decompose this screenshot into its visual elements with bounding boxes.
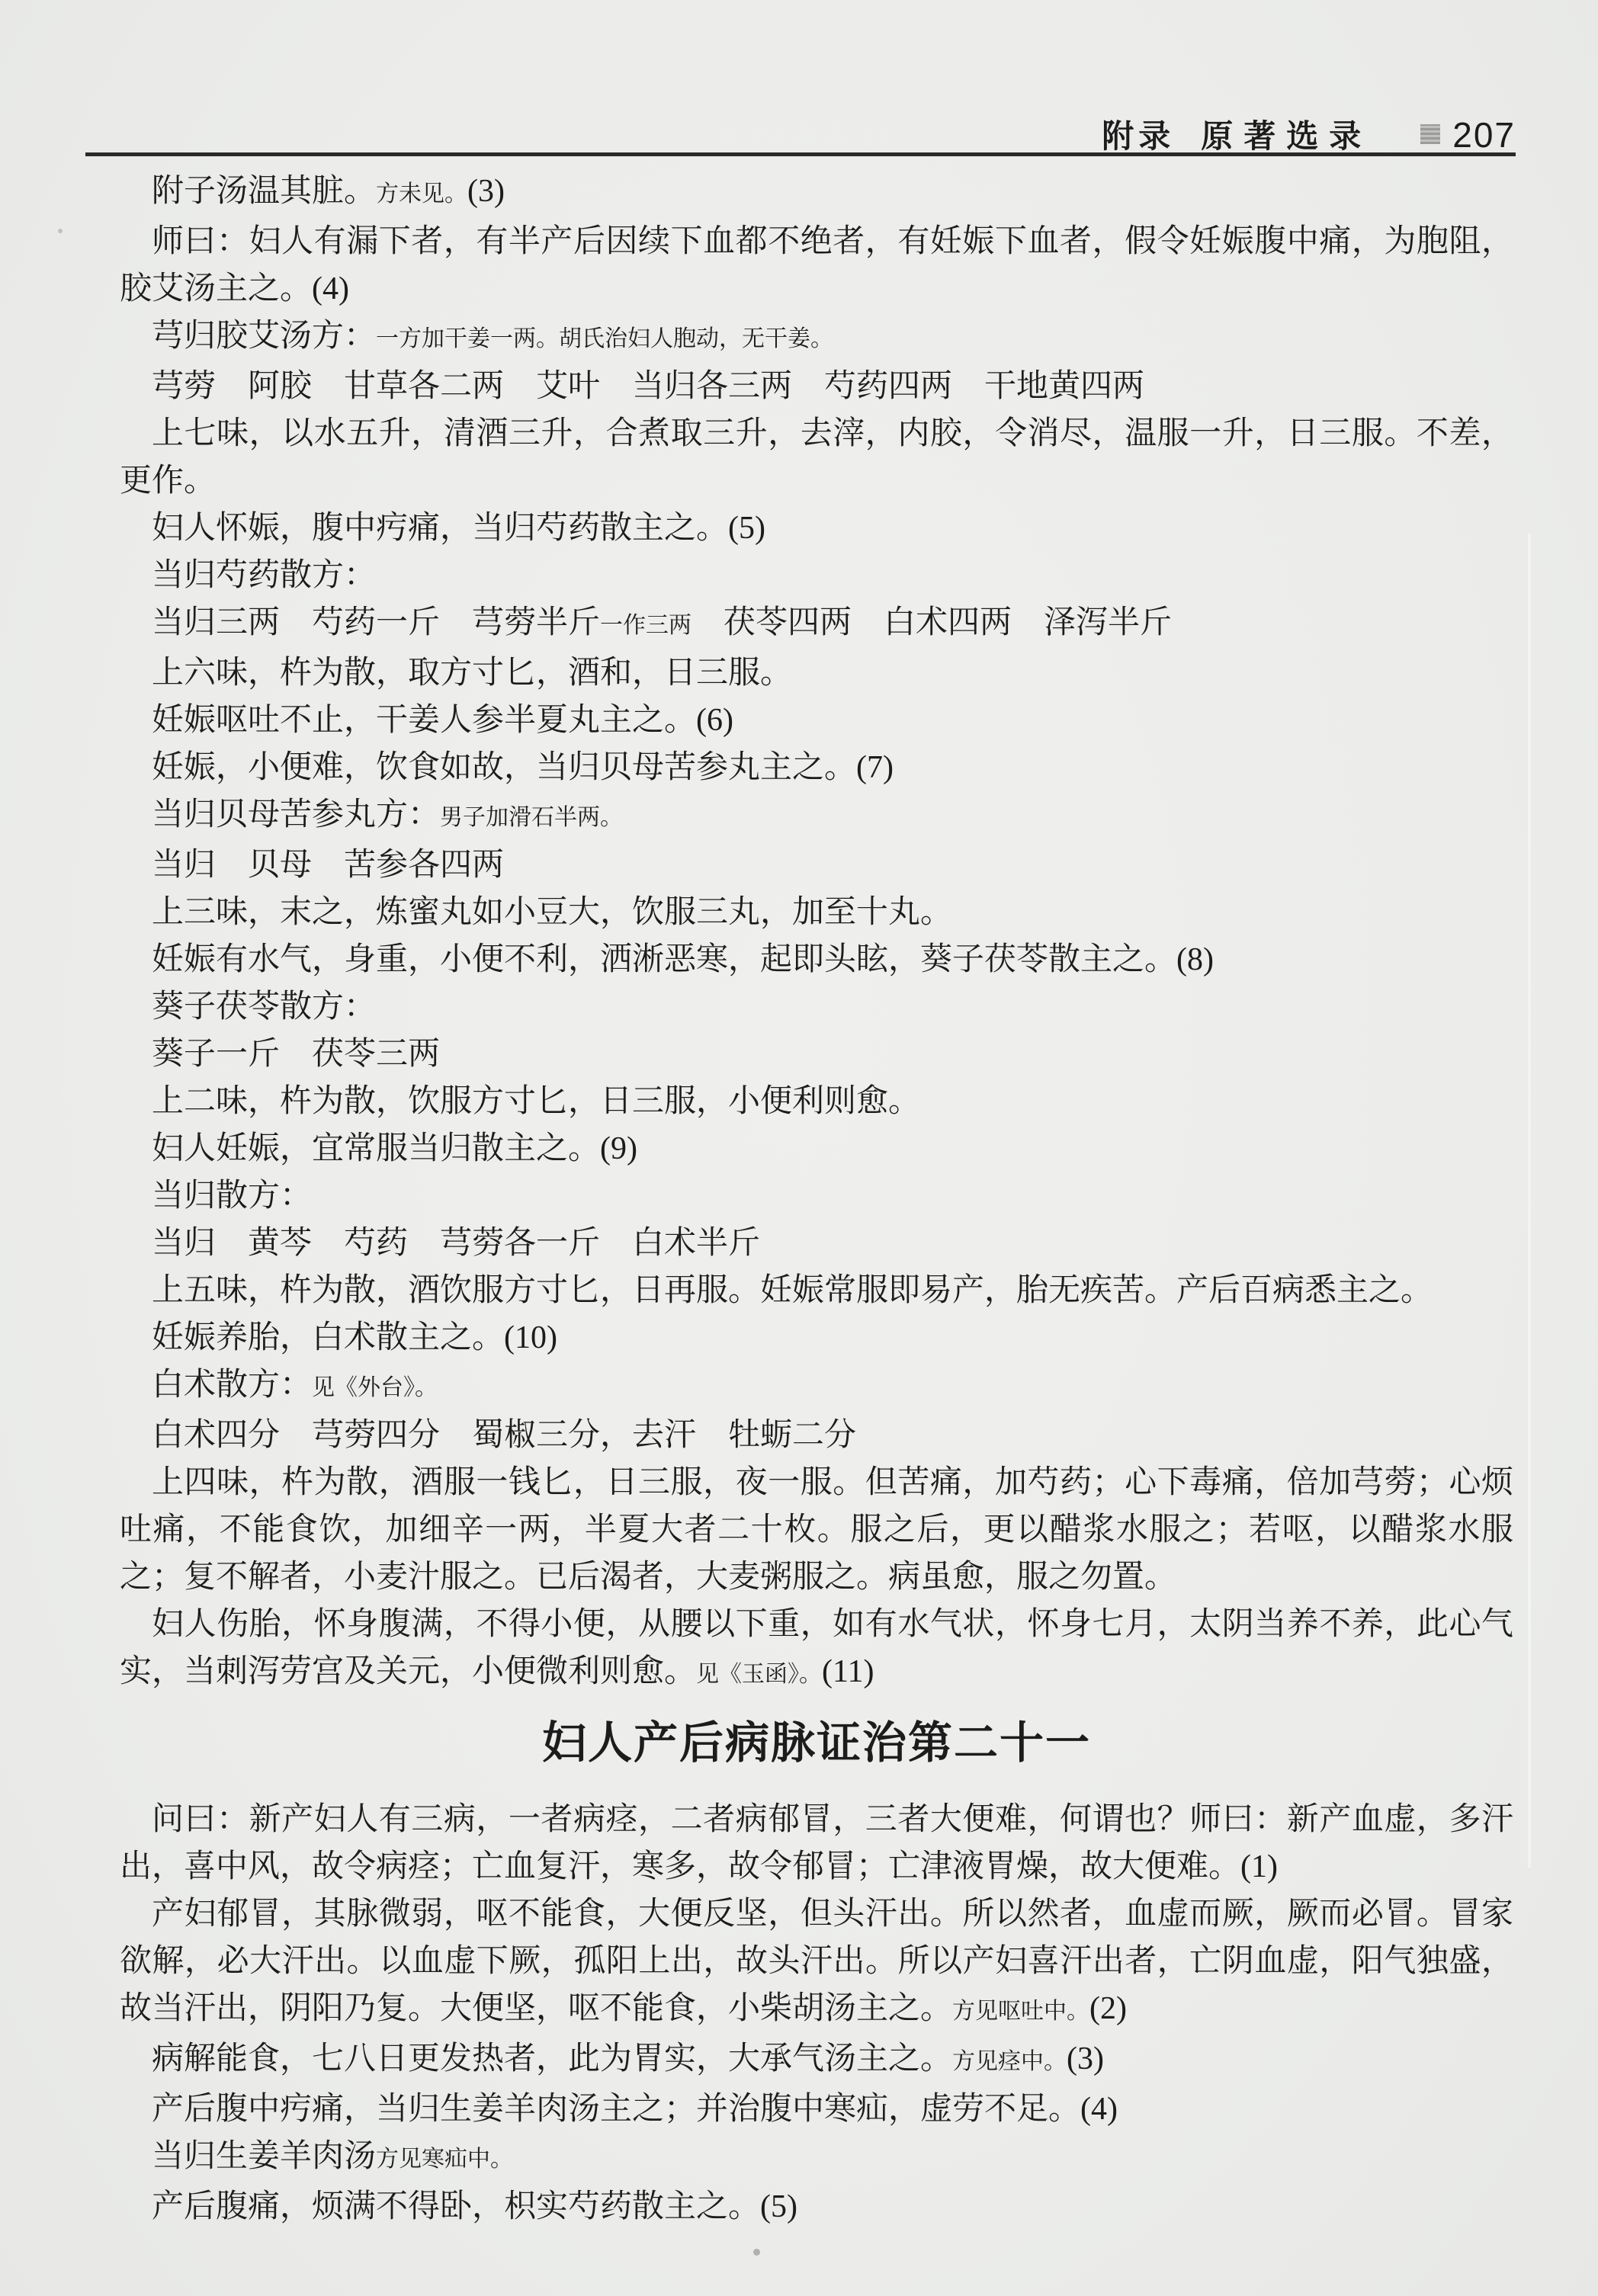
text-run: (11) (822, 1654, 874, 1689)
text-paragraph: 白术四分 芎䓖四分 蜀椒三分，去汗 牡蛎二分 (120, 1412, 1513, 1459)
text-paragraph: 上四味，杵为散，酒服一钱匕，日三服，夜一服。但苦痛，加芍药；心下毒痛，倍加芎䓖；… (120, 1459, 1513, 1601)
text-run: 当归 黄芩 芍药 芎䓖各一斤 白术半斤 (152, 1226, 760, 1261)
text-run: 当归三两 芍药一斤 芎䓖半斤 (152, 605, 600, 640)
text-paragraph: 芎归胶艾汤方：一方加干姜一两。胡氏治妇人胞动，无干姜。 (120, 313, 1513, 363)
text-run: 产妇郁冒，其脉微弱，呕不能食，大便反坚，但头汗出。所以然者，血虚而厥，厥而必冒。… (120, 1897, 1513, 2026)
text-paragraph: 妇人妊娠，宜常服当归散主之。(9) (120, 1125, 1513, 1172)
text-paragraph: 当归芍药散方： (120, 552, 1513, 599)
text-run: 芎归胶艾汤方： (152, 319, 376, 354)
text-run: 葵子一斤 茯苓三两 (152, 1037, 440, 1072)
running-head-section-label: 附录 (1102, 111, 1175, 157)
text-paragraph: 上六味，杵为散，取方寸匕，酒和，日三服。 (120, 649, 1513, 697)
text-paragraph: 妊娠有水气，身重，小便不利，洒淅恶寒，起即头眩，葵子茯苓散主之。(8) (120, 936, 1513, 983)
text-run: 上三味，末之，炼蜜丸如小豆大，饮服三丸，加至十丸。 (152, 895, 952, 930)
text-run: 上七味，以水五升，清酒三升，合煮取三升，去滓，内胶，令消尽，温服一升，日三服。不… (120, 416, 1513, 499)
text-run: 产后腹中㽲痛，当归生姜羊肉汤主之；并治腹中寒疝，虚劳不足。(4) (152, 2092, 1118, 2127)
text-paragraph: 芎䓖 阿胶 甘草各二两 艾叶 当归各三两 芍药四两 干地黄四两 (120, 363, 1513, 410)
text-run: 当归生姜羊肉汤 (152, 2139, 376, 2174)
text-paragraph: 白术散方：见《外台》。 (120, 1361, 1513, 1412)
text-run: 妊娠养胎，白术散主之。(10) (152, 1320, 557, 1355)
text-paragraph: 妇人伤胎，怀身腹满，不得小便，从腰以下重，如有水气状，怀身七月，太阴当养不养，此… (120, 1601, 1513, 1698)
annotation-run: 方见寒疝中。 (376, 2147, 513, 2172)
text-run: 当归芍药散方： (152, 558, 376, 593)
running-head-title: 原著选录 (1201, 111, 1372, 157)
annotation-run: 见《外台》。 (312, 1375, 438, 1400)
text-paragraph: 上五味，杵为散，酒饮服方寸匕，日再服。妊娠常服即易产，胎无疾苦。产后百病悉主之。 (120, 1267, 1513, 1314)
text-paragraph: 当归贝母苦参丸方：男子加滑石半两。 (120, 791, 1513, 842)
section-heading: 妇人产后病脉证治第二十一 (120, 1718, 1513, 1768)
text-run: 上四味，杵为散，酒服一钱匕，日三服，夜一服。但苦痛，加芍药；心下毒痛，倍加芎䓖；… (120, 1465, 1513, 1595)
text-paragraph: 附子汤温其脏。方未见。(3) (120, 168, 1513, 218)
text-run: 当归散方： (152, 1178, 312, 1214)
annotation-run: 方见痉中。 (952, 2049, 1067, 2074)
text-run: 妊娠，小便难，饮食如故，当归贝母苦参丸主之。(7) (152, 750, 894, 785)
text-paragraph: 妊娠，小便难，饮食如故，当归贝母苦参丸主之。(7) (120, 744, 1513, 791)
annotation-run: 一作三两 (600, 613, 692, 638)
square-bullet-icon (1420, 124, 1440, 144)
text-run: 妇人产后病脉证治第二十一 (542, 1718, 1091, 1768)
text-paragraph: 上七味，以水五升，清酒三升，合煮取三升，去滓，内胶，令消尽，温服一升，日三服。不… (120, 410, 1513, 505)
annotation-run: 方未见。 (376, 181, 467, 207)
text-run: 上六味，杵为散，取方寸匕，酒和，日三服。 (152, 656, 792, 691)
text-paragraph: 问曰：新产妇人有三病，一者病痉，二者病郁冒，三者大便难，何谓也？师曰：新产血虚，… (120, 1796, 1513, 1890)
text-paragraph: 葵子茯苓散方： (120, 983, 1513, 1031)
text-run: 产后腹痛，烦满不得卧，枳实芍药散主之。(5) (152, 2189, 797, 2224)
text-paragraph: 妇人怀娠，腹中㽲痛，当归芍药散主之。(5) (120, 505, 1513, 552)
text-run: 妇人怀娠，腹中㽲痛，当归芍药散主之。(5) (152, 511, 765, 546)
text-run: 上五味，杵为散，酒饮服方寸匕，日再服。妊娠常服即易产，胎无疾苦。产后百病悉主之。 (152, 1273, 1433, 1308)
text-run: (2) (1089, 1991, 1127, 2026)
text-paragraph: 妊娠养胎，白术散主之。(10) (120, 1314, 1513, 1361)
page-number: 207 (1452, 114, 1516, 156)
annotation-run: 男子加滑石半两。 (440, 805, 623, 830)
text-run: 上二味，杵为散，饮服方寸匕，日三服，小便利则愈。 (152, 1084, 920, 1119)
scan-artifact-streak (1528, 534, 1531, 1868)
annotation-run: 见《玉函》。 (696, 1662, 822, 1687)
text-paragraph: 病解能食，七八日更发热者，此为胃实，大承气汤主之。方见痉中。(3) (120, 2035, 1513, 2086)
body-paragraphs: 附子汤温其脏。方未见。(3)师曰：妇人有漏下者，有半产后因续下血都不绝者，有妊娠… (120, 168, 1513, 2230)
text-paragraph: 当归散方： (120, 1172, 1513, 1220)
text-paragraph: 产后腹痛，烦满不得卧，枳实芍药散主之。(5) (120, 2183, 1513, 2230)
text-paragraph: 葵子一斤 茯苓三两 (120, 1031, 1513, 1078)
text-paragraph: 当归三两 芍药一斤 芎䓖半斤一作三两 茯苓四两 白术四两 泽泻半斤 (120, 599, 1513, 649)
text-run: 当归贝母苦参丸方： (152, 797, 440, 832)
annotation-run: 一方加干姜一两。胡氏治妇人胞动，无干姜。 (376, 326, 833, 351)
text-paragraph: 当归生姜羊肉汤方见寒疝中。 (120, 2133, 1513, 2183)
text-run: 当归 贝母 苦参各四两 (152, 848, 504, 883)
text-paragraph: 上三味，末之，炼蜜丸如小豆大，饮服三丸，加至十丸。 (120, 889, 1513, 936)
text-paragraph: 师曰：妇人有漏下者，有半产后因续下血都不绝者，有妊娠下血者，假令妊娠腹中痛，为胞… (120, 218, 1513, 313)
text-run: 白术四分 芎䓖四分 蜀椒三分，去汗 牡蛎二分 (152, 1418, 856, 1453)
scan-artifact-speck (58, 229, 63, 233)
text-run: 问曰：新产妇人有三病，一者病痉，二者病郁冒，三者大便难，何谓也？师曰：新产血虚，… (120, 1802, 1513, 1884)
text-run: 附子汤温其脏。 (152, 174, 376, 209)
text-paragraph: 当归 贝母 苦参各四两 (120, 842, 1513, 889)
text-run: (3) (467, 174, 505, 209)
text-run: 芎䓖 阿胶 甘草各二两 艾叶 当归各三两 芍药四两 干地黄四两 (152, 369, 1144, 404)
annotation-run: 方见呕吐中。 (952, 1999, 1089, 2024)
text-paragraph: 产后腹中㽲痛，当归生姜羊肉汤主之；并治腹中寒疝，虚劳不足。(4) (120, 2086, 1513, 2133)
text-paragraph: 妊娠呕吐不止，干姜人参半夏丸主之。(6) (120, 697, 1513, 744)
text-run: 葵子茯苓散方： (152, 989, 376, 1025)
text-run: 病解能食，七八日更发热者，此为胃实，大承气汤主之。 (152, 2041, 952, 2076)
text-run: 妇人妊娠，宜常服当归散主之。(9) (152, 1131, 637, 1166)
running-head: 附录 原著选录 207 (85, 111, 1516, 157)
text-paragraph: 当归 黄芩 芍药 芎䓖各一斤 白术半斤 (120, 1220, 1513, 1267)
text-paragraph: 产妇郁冒，其脉微弱，呕不能食，大便反坚，但头汗出。所以然者，血虚而厥，厥而必冒。… (120, 1890, 1513, 2035)
text-run: 白术散方： (152, 1368, 312, 1403)
scanned-book-page: 附录 原著选录 207 附子汤温其脏。方未见。(3)师曰：妇人有漏下者，有半产后… (0, 0, 1598, 2296)
text-run: 师曰：妇人有漏下者，有半产后因续下血都不绝者，有妊娠下血者，假令妊娠腹中痛，为胞… (120, 224, 1513, 306)
text-run: (3) (1067, 2041, 1104, 2076)
text-run: 妊娠呕吐不止，干姜人参半夏丸主之。(6) (152, 703, 733, 738)
text-run: 妊娠有水气，身重，小便不利，洒淅恶寒，起即头眩，葵子茯苓散主之。(8) (152, 942, 1214, 977)
scan-artifact-speck (753, 2249, 760, 2256)
text-paragraph: 上二味，杵为散，饮服方寸匕，日三服，小便利则愈。 (120, 1078, 1513, 1125)
text-run: 茯苓四两 白术四两 泽泻半斤 (692, 605, 1172, 640)
header-separator-rule (85, 152, 1516, 156)
